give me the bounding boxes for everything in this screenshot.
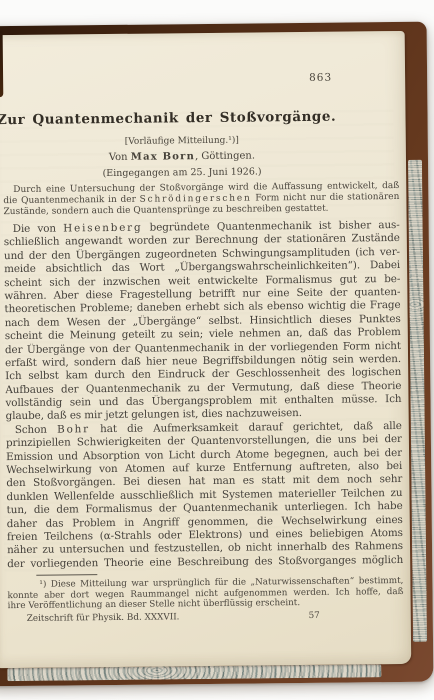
book-cover: 863 Zur Quantenmechanik der Stoßvorgänge… <box>0 22 433 687</box>
paragraph-2: Schon Bohr hat die Aufmerksamkeit darauf… <box>6 420 404 571</box>
footnote: ¹) Diese Mitteilung war ursprünglich für… <box>7 576 403 612</box>
letterspaced-word: Schrödingerschen <box>140 194 252 205</box>
article-subtitle: [Vorläufige Mitteilung.¹)] <box>0 134 380 148</box>
byline-suffix: , Göttingen. <box>195 150 255 162</box>
abstract: Durch eine Untersuchung der Stoßvorgänge… <box>3 181 399 218</box>
article-title: Zur Quantenmechanik der Stoßvorgänge. <box>0 108 365 128</box>
journal-volume-label: Zeitschrift für Physik. Bd. XXXVII. <box>27 612 180 624</box>
byline-prefix: Von <box>109 152 131 163</box>
byline: Von Max Born, Göttingen. <box>0 149 380 164</box>
author-name: Max Born <box>131 151 195 163</box>
page-number: 863 <box>2 71 398 87</box>
signature-mark: 57 <box>308 611 319 621</box>
photo-of-book-page: { "paper": { "page_number": "863", "titl… <box>0 0 434 700</box>
text-column: 863 Zur Quantenmechanik der Stoßvorgänge… <box>2 71 404 624</box>
journal-page: 863 Zur Quantenmechanik der Stoßvorgänge… <box>0 31 411 668</box>
received-date-line: (Eingegangen am 25. Juni 1926.) <box>0 165 380 180</box>
paragraph-1: Die von Heisenberg begründete Quantenmec… <box>4 219 402 424</box>
letterspaced-word: Bohr <box>57 423 90 435</box>
article-body: Die von Heisenberg begründete Quantenmec… <box>4 219 404 571</box>
footnote-rule <box>36 574 97 576</box>
letterspaced-word: Heisenberg <box>63 222 142 235</box>
page-footer: Zeitschrift für Physik. Bd. XXXVII. 57 <box>8 610 404 624</box>
marbled-board-edge-right <box>408 160 427 642</box>
